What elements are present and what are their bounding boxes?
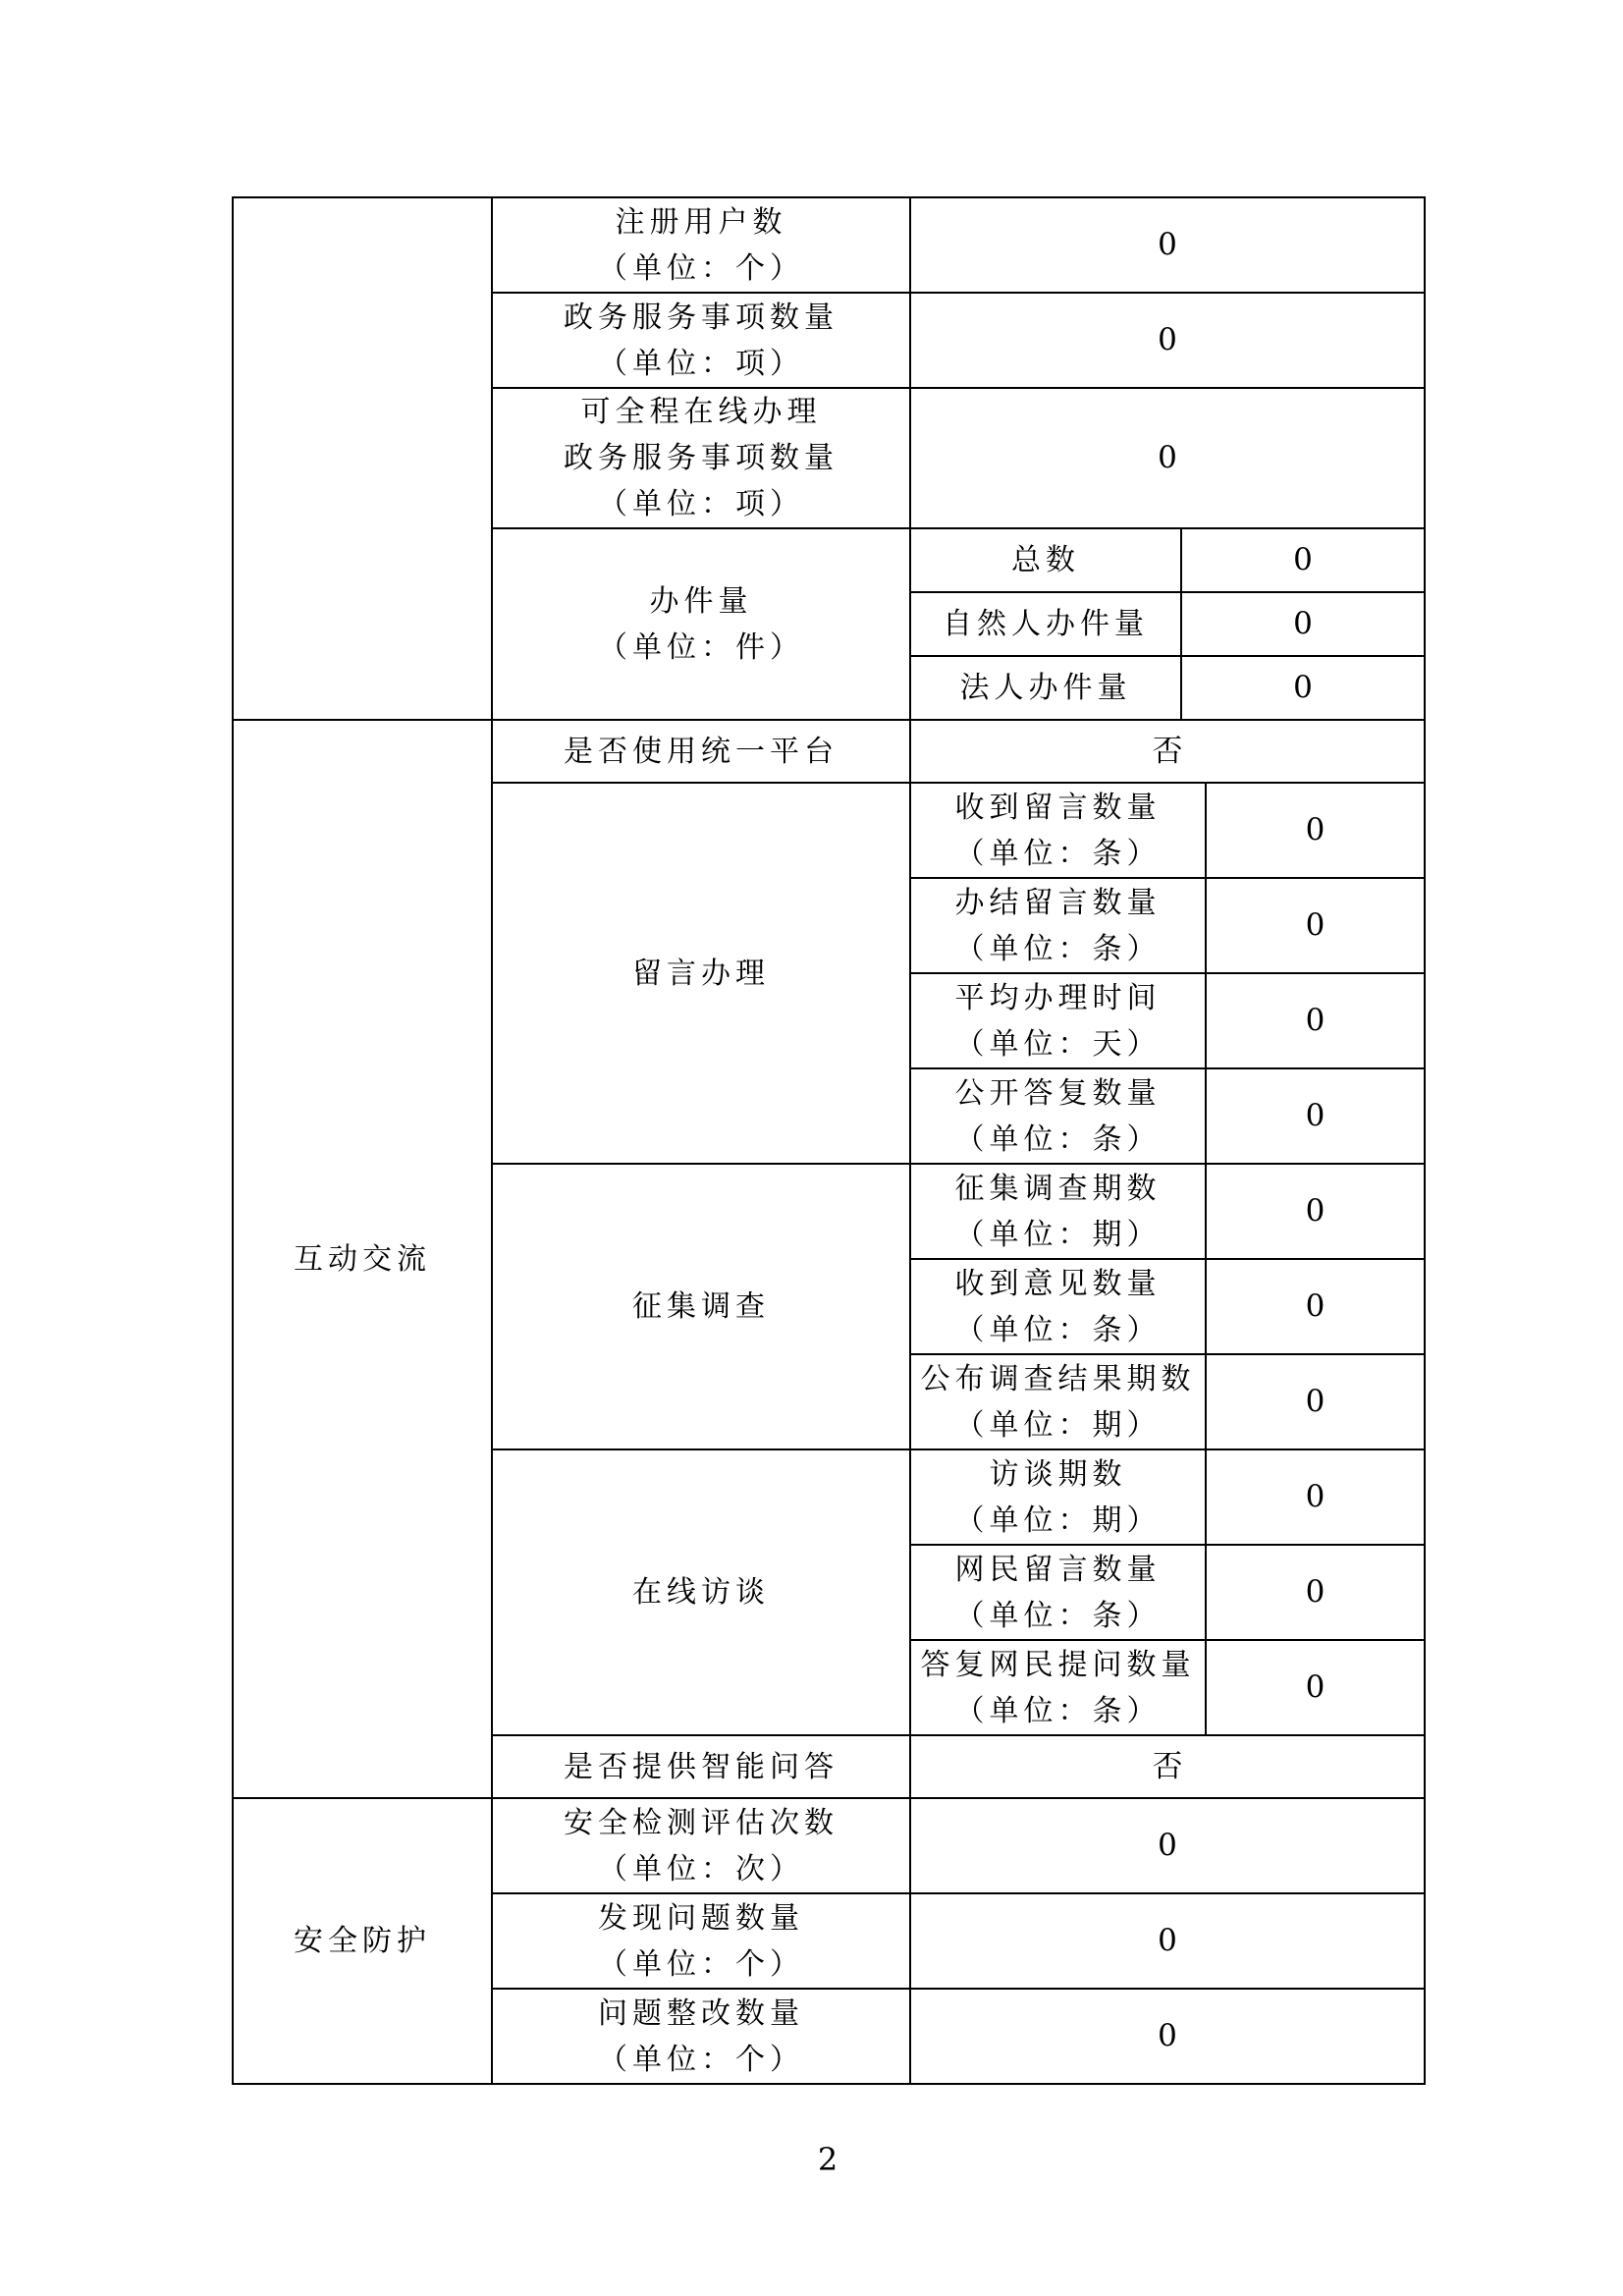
full-online-service-items-label: 可全程在线办理 政务服务事项数量 （单位：项） xyxy=(492,388,910,528)
caseload-total-value: 0 xyxy=(1181,528,1425,592)
survey-periods-label: 征集调查期数 （单位：期） xyxy=(910,1164,1206,1259)
label-line: 公布调查结果期数 xyxy=(911,1356,1205,1402)
label-line: 平均办理时间 xyxy=(911,975,1205,1021)
registered-users-label: 注册用户数 （单位：个） xyxy=(492,197,910,293)
label-line: 办结留言数量 xyxy=(911,880,1205,926)
interview-periods-value: 0 xyxy=(1206,1449,1425,1545)
label-line: （单位：项） xyxy=(493,341,909,387)
label-line: （单位：个） xyxy=(493,2037,909,2083)
label-line: （单位：条） xyxy=(911,1688,1205,1734)
survey-periods-value: 0 xyxy=(1206,1164,1425,1259)
label-line: （单位：期） xyxy=(911,1498,1205,1544)
caseload-legal-person-value: 0 xyxy=(1181,656,1425,720)
label-line: （单位：项） xyxy=(493,481,909,527)
label-line: （单位：天） xyxy=(911,1021,1205,1067)
smart-qa-value: 否 xyxy=(910,1735,1425,1798)
public-replies-label: 公开答复数量 （单位：条） xyxy=(910,1068,1206,1164)
category-cell-blank xyxy=(233,197,492,720)
interview-periods-label: 访谈期数 （单位：期） xyxy=(910,1449,1206,1545)
unified-platform-label: 是否使用统一平台 xyxy=(492,720,910,783)
completed-messages-value: 0 xyxy=(1206,878,1425,973)
full-online-service-items-value: 0 xyxy=(910,388,1425,528)
label-line: （单位：件） xyxy=(493,625,909,671)
label-line: （单位：期） xyxy=(911,1212,1205,1258)
average-handling-time-value: 0 xyxy=(1206,973,1425,1068)
label-line: （单位：个） xyxy=(493,1941,909,1988)
service-items-value: 0 xyxy=(910,293,1425,388)
received-messages-label: 收到留言数量 （单位：条） xyxy=(910,783,1206,878)
label-line: （单位：条） xyxy=(911,1593,1205,1639)
label-line: 收到意见数量 xyxy=(911,1261,1205,1307)
label-line: （单位：条） xyxy=(911,831,1205,877)
netizen-replies-label: 答复网民提问数量 （单位：条） xyxy=(910,1640,1206,1735)
label-line: 征集调查期数 xyxy=(911,1166,1205,1212)
problems-rectified-label: 问题整改数量 （单位：个） xyxy=(492,1989,910,2084)
service-items-label: 政务服务事项数量 （单位：项） xyxy=(492,293,910,388)
label-line: 发现问题数量 xyxy=(493,1895,909,1941)
public-replies-value: 0 xyxy=(1206,1068,1425,1164)
label-line: 公开答复数量 xyxy=(911,1070,1205,1117)
label-line: 答复网民提问数量 xyxy=(911,1642,1205,1688)
label-line: 政务服务事项数量 xyxy=(493,435,909,481)
solicitation-survey-label: 征集调查 xyxy=(492,1164,910,1449)
label-line: 安全检测评估次数 xyxy=(493,1800,909,1846)
message-handling-label: 留言办理 xyxy=(492,783,910,1164)
published-survey-results-label: 公布调查结果期数 （单位：期） xyxy=(910,1354,1206,1449)
opinions-received-label: 收到意见数量 （单位：条） xyxy=(910,1259,1206,1354)
problems-found-value: 0 xyxy=(910,1893,1425,1989)
problems-rectified-value: 0 xyxy=(910,1989,1425,2084)
published-survey-results-value: 0 xyxy=(1206,1354,1425,1449)
netizen-messages-label: 网民留言数量 （单位：条） xyxy=(910,1545,1206,1640)
online-interview-label: 在线访谈 xyxy=(492,1449,910,1735)
caseload-total-label: 总数 xyxy=(910,528,1181,592)
caseload-label: 办件量 （单位：件） xyxy=(492,528,910,720)
smart-qa-label: 是否提供智能问答 xyxy=(492,1735,910,1798)
registered-users-value: 0 xyxy=(910,197,1425,293)
label-line: （单位：期） xyxy=(911,1402,1205,1449)
label-line: 访谈期数 xyxy=(911,1451,1205,1498)
caseload-natural-person-value: 0 xyxy=(1181,592,1425,656)
completed-messages-label: 办结留言数量 （单位：条） xyxy=(910,878,1206,973)
annual-report-table: 注册用户数 （单位：个） 0 政务服务事项数量 （单位：项） 0 可全程在线办理… xyxy=(232,196,1426,2085)
label-line: （单位：条） xyxy=(911,1117,1205,1163)
label-line: 网民留言数量 xyxy=(911,1547,1205,1593)
unified-platform-value: 否 xyxy=(910,720,1425,783)
label-line: （单位：条） xyxy=(911,1307,1205,1353)
category-cell-security: 安全防护 xyxy=(233,1798,492,2084)
label-line: （单位：个） xyxy=(493,246,909,292)
problems-found-label: 发现问题数量 （单位：个） xyxy=(492,1893,910,1989)
label-line: （单位：条） xyxy=(911,926,1205,972)
label-line: 政务服务事项数量 xyxy=(493,295,909,341)
caseload-natural-person-label: 自然人办件量 xyxy=(910,592,1181,656)
security-assessments-label: 安全检测评估次数 （单位：次） xyxy=(492,1798,910,1893)
security-assessments-value: 0 xyxy=(910,1798,1425,1893)
average-handling-time-label: 平均办理时间 （单位：天） xyxy=(910,973,1206,1068)
caseload-legal-person-label: 法人办件量 xyxy=(910,656,1181,720)
label-line: （单位：次） xyxy=(493,1846,909,1892)
opinions-received-value: 0 xyxy=(1206,1259,1425,1354)
label-line: 收到留言数量 xyxy=(911,785,1205,831)
label-line: 办件量 xyxy=(493,578,909,625)
netizen-replies-value: 0 xyxy=(1206,1640,1425,1735)
label-line: 可全程在线办理 xyxy=(493,389,909,435)
category-cell-interaction: 互动交流 xyxy=(233,720,492,1798)
label-line: 问题整改数量 xyxy=(493,1991,909,2037)
netizen-messages-value: 0 xyxy=(1206,1545,1425,1640)
page-number: 2 xyxy=(232,2141,1424,2178)
received-messages-value: 0 xyxy=(1206,783,1425,878)
label-line: 注册用户数 xyxy=(493,199,909,246)
